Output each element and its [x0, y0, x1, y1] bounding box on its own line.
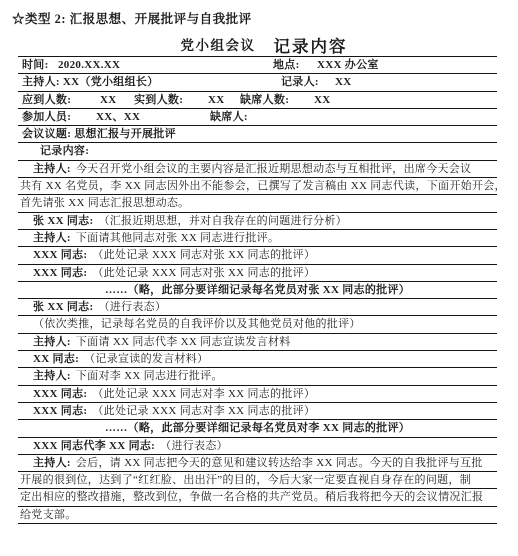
document-heading: ☆类型 2: 汇报思想、开展批评与自我批评 [12, 9, 252, 27]
continuation-row: 开展的很到位，达到了“红红脸、出出汗”的目的，今后大家一定要直视自身存在的问题，… [18, 472, 497, 489]
title-record-label: 记录内容 [274, 33, 348, 57]
speaker-label: XXX 同志: [33, 267, 87, 279]
speech-text: （此处记录 XXX 同志对李 XX 同志的批评） [92, 405, 315, 417]
speech-text: 下面对李 XX 同志进行批评。 [76, 370, 223, 382]
field-cell: 缺席人: [210, 109, 248, 126]
speaker-label: XXX 同志: [33, 388, 87, 400]
meta-row: 参加人员:XX、XX缺席人: [18, 109, 497, 126]
field-cell: 会议议题: 思想汇报与开展批评 [22, 126, 176, 143]
field-cell: XXX 办公室 [317, 57, 379, 74]
speech-row: XXX 同志代李 XX 同志:（进行表态） [18, 438, 497, 455]
meta-row: 会议议题: 思想汇报与开展批评 [18, 126, 497, 143]
speaker-label: 主持人: [33, 336, 71, 348]
speech-text: （记录宣读的发言材料） [84, 353, 208, 365]
speech-row: 张 XX 同志:（汇报近期思想，并对自我存在的问题进行分析） [18, 213, 497, 230]
speech-text: 会后，请 XX 同志把今天的意见和建议转达给李 XX 同志。今天的自我批评与互批 [76, 457, 483, 469]
field-cell: 应到人数: [22, 92, 71, 109]
speech-row: 张 XX 同志:（进行表态） [18, 299, 497, 316]
speech-text: 下面请其他同志对张 XX 同志进行批评。 [76, 232, 279, 244]
speech-row: 主持人:会后，请 XX 同志把今天的意见和建议转达给李 XX 同志。今天的自我批… [18, 455, 497, 472]
speaker-label: 主持人: [33, 457, 71, 469]
meta-row: 应到人数:XX实到人数:XX缺席人数:XX [18, 92, 497, 109]
speech-text: （此处记录 XXX 同志对李 XX 同志的批评） [92, 388, 315, 400]
speech-text: （进行表态） [160, 440, 228, 452]
speech-row: XXX 同志:（此处记录 XXX 同志对张 XX 同志的批评） [18, 265, 497, 282]
speech-row: 主持人:今天召开党小组会议的主要内容是汇报近期思想动态与互相批评，出席今天会议 [18, 161, 497, 178]
field-cell: XX [100, 92, 117, 109]
field-cell: 主持人: XX（党小组组长） [22, 74, 159, 91]
speaker-label: 张 XX 同志: [33, 301, 93, 313]
meta-row: 时间:2020.XX.XX地点:XXX 办公室 [18, 57, 497, 74]
speaker-label: 张 XX 同志: [33, 215, 93, 227]
note-row: （依次类推，记录每名党员的自我评价以及其他党员对他的批评） [18, 316, 497, 333]
field-cell: 记录内容: [40, 143, 89, 160]
field-cell: 记录人: [281, 74, 319, 91]
record-table: 时间:2020.XX.XX地点:XXX 办公室主持人: XX（党小组组长）记录人… [18, 56, 497, 524]
speaker-label: XXX 同志: [33, 249, 87, 261]
document-page: ☆类型 2: 汇报思想、开展批评与自我批评 党小组会议 记录内容 时间:2020… [0, 0, 518, 556]
field-cell: 地点: [273, 57, 300, 74]
speech-text: （汇报近期思想，并对自我存在的问题进行分析） [98, 215, 347, 227]
ellipsis-note-row: ……（略，此部分要详细记录每名党员对张 XX 同志的批评） [18, 282, 497, 299]
speech-row: 主持人:下面请其他同志对张 XX 同志进行批评。 [18, 230, 497, 247]
field-cell: 参加人员: [22, 109, 71, 126]
speech-row: XXX 同志:（此处记录 XXX 同志对张 XX 同志的批评） [18, 247, 497, 264]
field-cell: XX [335, 74, 352, 91]
continuation-row: 给党支部。 [18, 507, 497, 524]
document-title: 党小组会议 记录内容 [0, 33, 518, 57]
field-cell: XX、XX [96, 109, 140, 126]
speaker-label: 主持人: [33, 370, 71, 382]
speech-row: 主持人:下面对李 XX 同志进行批评。 [18, 368, 497, 385]
meta-row: 主持人: XX（党小组组长）记录人:XX [18, 74, 497, 91]
speech-text: （此处记录 XXX 同志对张 XX 同志的批评） [92, 267, 315, 279]
field-cell: 2020.XX.XX [58, 57, 120, 74]
field-cell: XX [314, 92, 331, 109]
field-cell: 实到人数: [134, 92, 183, 109]
speech-text: 今天召开党小组会议的主要内容是汇报近期思想动态与互相批评，出席今天会议 [76, 163, 472, 175]
speech-row: XXX 同志:（此处记录 XXX 同志对李 XX 同志的批评） [18, 403, 497, 420]
speech-row: XX 同志:（记录宣读的发言材料） [18, 351, 497, 368]
speaker-label: XXX 同志: [33, 405, 87, 417]
speaker-label: XX 同志: [33, 353, 79, 365]
title-meeting-type: 党小组会议 [171, 34, 266, 57]
field-cell: XX [208, 92, 225, 109]
field-cell: 缺席人数: [240, 92, 289, 109]
speech-row: 主持人:下面请 XX 同志代李 XX 同志宣读发言材料 [18, 334, 497, 351]
meta-row: 记录内容: [18, 143, 497, 160]
speaker-label: XXX 同志代李 XX 同志: [33, 440, 155, 452]
speech-text: （进行表态） [98, 301, 166, 313]
speaker-label: 主持人: [33, 163, 71, 175]
continuation-row: 定出相应的整改措施，整改到位，争做一名合格的共产党员。稍后我将把今天的会议情况汇… [18, 489, 497, 506]
continuation-row: 共有 XX 名党员，李 XX 同志因外出不能参会，已撰写了发言稿由 XX 同志代… [18, 178, 497, 195]
speech-row: XXX 同志:（此处记录 XXX 同志对李 XX 同志的批评） [18, 386, 497, 403]
field-cell: 时间: [22, 57, 49, 74]
continuation-row: 首先请张 XX 同志汇报思想动态。 [18, 195, 497, 212]
speech-text: （此处记录 XXX 同志对张 XX 同志的批评） [92, 249, 315, 261]
ellipsis-note-row: ……（略，此部分要详细记录每名党员对李 XX 同志的批评） [18, 420, 497, 437]
speaker-label: 主持人: [33, 232, 71, 244]
speech-text: 下面请 XX 同志代李 XX 同志宣读发言材料 [76, 336, 291, 348]
